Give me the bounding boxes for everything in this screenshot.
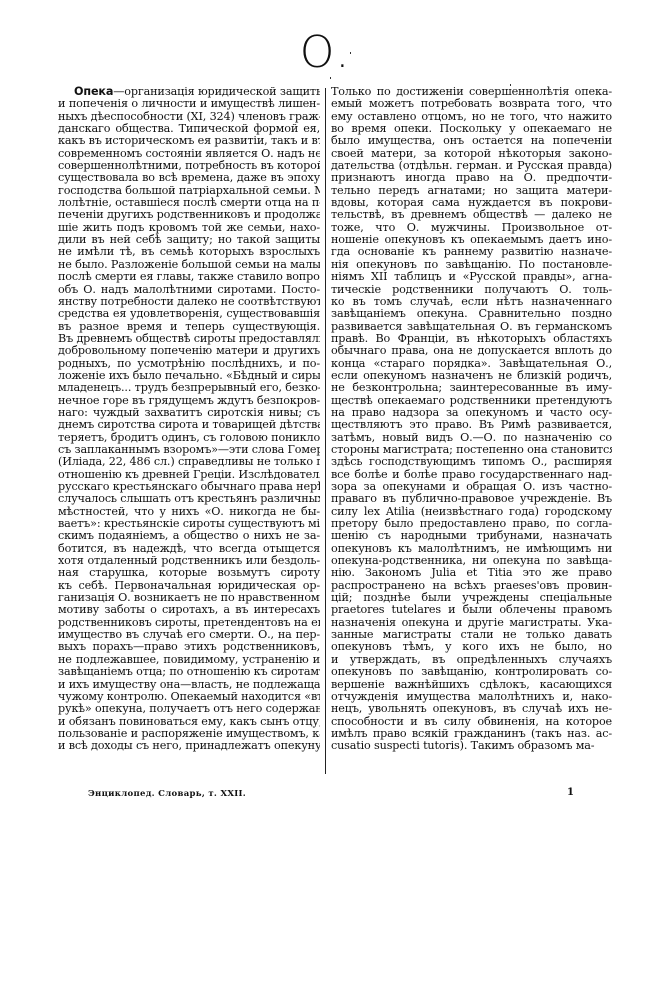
text-line: опекуновъ по завѣщанію, контролировать с…: [331, 666, 612, 678]
text-line: занные магистраты стали не только давать: [331, 629, 612, 641]
text-line: нія опекуновъ по завѣщанію. По постановл…: [331, 259, 612, 271]
text-line: нію. Закономъ Julia et Titia это же прав…: [331, 567, 612, 579]
text-line: пользованіе и распоряженіе имуществомъ, …: [58, 728, 320, 740]
text-line: опекуна-родственника, ни опекуна по завѣ…: [331, 555, 612, 567]
text-line: хотя отдаленный родственникъ или бездоль…: [58, 555, 320, 567]
text-line: дили въ ней себѣ защиту; но такой защиты: [58, 234, 320, 246]
text-line: ботится, въ надеждѣ, что всегда отыщется: [58, 543, 320, 555]
text-line: нецъ, увольнять опекуновъ, въ случаѣ ихъ…: [331, 703, 612, 715]
scan-speck: [330, 77, 331, 79]
text-line: тельно передъ агнатами; но защита матери…: [331, 185, 612, 197]
text-line: отношенію къ древней Греціи. Изслѣдовате…: [58, 469, 320, 481]
text-line: русскаго крестьянскаго обычнаго права не…: [58, 481, 320, 493]
text-line: ществляютъ это право. Въ Римѣ развиваетс…: [331, 419, 612, 431]
text-line: цій; позднѣе были учреждены спеціальные: [331, 592, 612, 604]
text-line: praetores tutelares и были облечены прав…: [331, 604, 612, 616]
text-line: наго: чуждый захватитъ сиротскія нивы; с…: [58, 407, 320, 419]
text-line: ему оставлено отцомъ, но не того, что на…: [331, 111, 612, 123]
text-line: имущество въ случаѣ его смерти. О., на п…: [58, 629, 320, 641]
text-line: и утверждать, въ опредѣленныхъ случаяхъ: [331, 654, 612, 666]
text-line: выхъ порахъ—право этихъ родственниковъ,: [58, 641, 320, 653]
text-line: завѣщаніемъ отца; по отношенію къ сирота…: [58, 666, 320, 678]
text-line: конца «стараго порядка». Завѣщательная О…: [331, 358, 612, 370]
text-line: днемъ сиротства сирота и товарищей дѣтст…: [58, 419, 320, 431]
text-line: тоже, что О. мужчины. Произвольное от-: [331, 222, 612, 234]
text-line: средства ея удовлетворенія, существовавш…: [58, 308, 320, 320]
text-line: и попеченія о личности и имуществѣ лишен…: [58, 98, 320, 110]
text-line: современномъ состояніи является О. надъ …: [58, 148, 320, 160]
text-line: во время опеки. Поскольку у опекаемаго н…: [331, 123, 612, 135]
text-line: Въ древнемъ обществѣ сироты предоставлял…: [58, 333, 320, 345]
text-line: существовала во всѣ времена, даже въ эпо…: [58, 172, 320, 184]
text-line: съ заплаканнымъ взоромъ»—эти слова Гомер…: [58, 444, 320, 456]
text-line: печеніи другихъ родственниковъ и продолж…: [58, 209, 320, 221]
text-line: вершеніе важнѣйшихъ сдѣлокъ, касающихся: [331, 679, 612, 691]
text-line: дательства (отдѣльн. герман. и Русская п…: [331, 160, 612, 172]
text-line: шенію съ народными трибунами, назначать: [331, 530, 612, 542]
text-line: ная старушка, которые возьмутъ сироту: [58, 567, 320, 579]
text-line: стороны магистрата; постепенно она стано…: [331, 444, 612, 456]
text-line: зора за опекунами и обращая О. изъ частн…: [331, 481, 612, 493]
text-line: не подлежавшее, повидимому, устраненію и: [58, 654, 320, 666]
text-fragment: —организація юридической защиты: [113, 86, 320, 98]
text-line: все болѣе и болѣе право государственнаго…: [331, 469, 612, 481]
text-line: не имѣли тѣ, въ семьѣ которыхъ взрослыхъ: [58, 246, 320, 258]
text-line: случалось слышать отъ крестьянъ различны…: [58, 493, 320, 505]
text-line: тельствѣ, въ древнемъ обществѣ — далеко …: [331, 209, 612, 221]
text-line: въ разное время и теперь существующія.: [58, 321, 320, 333]
text-line: опекуновъ къ малолѣтнимъ, не имѣющимъ ни: [331, 543, 612, 555]
text-line: къ себѣ. Первоначальная юридическая ор-: [58, 580, 320, 592]
text-line: тическіе родственники получаютъ О. толь-: [331, 284, 612, 296]
scan-speck: [510, 84, 511, 86]
text-line: (Иліада, 22, 486 сл.) справедливы не тол…: [58, 456, 320, 468]
text-line: имѣлъ право всякій гражданинъ (такъ наз.…: [331, 728, 612, 740]
text-line: совершеннолѣтними, потребность въ которо…: [58, 160, 320, 172]
text-line: не безконтрольна; заинтересованные въ им…: [331, 382, 612, 394]
text-line: силу lex Atilia (неизвѣстнаго года) горо…: [331, 506, 612, 518]
text-line: если опекуномъ назначенъ не близкій роди…: [331, 370, 612, 382]
text-line: младенецъ... трудъ безпрерывный его, без…: [58, 382, 320, 394]
scan-speck: [350, 52, 351, 54]
text-line: назначенія опекуна и другіе магистраты. …: [331, 617, 612, 629]
section-letter-heading: О.: [0, 28, 650, 78]
text-line: развивается завѣщательная О. въ германск…: [331, 321, 612, 333]
left-column: Опека—организація юридической защиты и п…: [58, 86, 320, 753]
text-line: объ О. надъ малолѣтними сиротами. Посто-: [58, 284, 320, 296]
text-line: здѣсь господствующимъ типомъ О., расширя…: [331, 456, 612, 468]
text-line: ніямъ XII таблицъ и «Русской правды», аг…: [331, 271, 612, 283]
text-line: признаютъ иногда право на О. предпочти-: [331, 172, 612, 184]
text-line: ганизація О. возникаетъ не по нравственн…: [58, 592, 320, 604]
text-line: лолѣтніе, оставшіеся послѣ смерти отца н…: [58, 197, 320, 209]
text-line: опекуновъ тѣмъ, у кого ихъ не было, но: [331, 641, 612, 653]
text-line: послѣ смерти ея главы, также ставило воп…: [58, 271, 320, 283]
text-line: ныхъ дѣеспособности (XI, 324) членовъ гр…: [58, 111, 320, 123]
footer-signature: Энциклопед. Словарь, т. XXII.: [88, 789, 246, 799]
text-line: cusatio suspecti tutoris). Такимъ образо…: [331, 740, 612, 752]
text-line: обычнаго права, она не допускается вплот…: [331, 345, 612, 357]
text-line: шіе жить подъ кровомъ той же семьи, нахо…: [58, 222, 320, 234]
text-line: отчужденія имущества малолѣтнихъ и, нако…: [331, 691, 612, 703]
text-line: своей матери, за которой нѣкоторыя закон…: [331, 148, 612, 160]
text-line: янству потребности далеко не соотвѣтству…: [58, 296, 320, 308]
text-line: Опека—организація юридической защиты: [58, 86, 320, 98]
text-line: добровольному попеченію матери и другихъ: [58, 345, 320, 357]
text-line: распространено на всѣхъ praeses'овъ пров…: [331, 580, 612, 592]
text-line: на право надзора за опекуномъ и часто ос…: [331, 407, 612, 419]
right-column: Только по достиженіи совершеннолѣтія опе…: [331, 86, 612, 753]
text-line: способности и въ силу обвиненія, на кото…: [331, 716, 612, 728]
text-line: ко въ томъ случаѣ, если нѣтъ назначеннаг…: [331, 296, 612, 308]
text-line: ваетъ»: крестьянскіе сироты существуютъ …: [58, 518, 320, 530]
text-line: гда основаніе къ раннему развитію назнач…: [331, 246, 612, 258]
text-line: емый можетъ потребовать возврата того, ч…: [331, 98, 612, 110]
column-divider: [325, 88, 326, 774]
text-line: родственниковъ сироты, претендентовъ на …: [58, 617, 320, 629]
text-line: вдовы, которая сама нуждается въ покрови…: [331, 197, 612, 209]
text-line: правѣ. Во Франціи, въ нѣкоторыхъ областя…: [331, 333, 612, 345]
page-number: 1: [567, 787, 574, 798]
text-line: чужому контролю. Опекаемый находится «въ: [58, 691, 320, 703]
text-line: какъ въ историческомъ ея развитіи, такъ …: [58, 135, 320, 147]
text-line: и обязанъ повиноваться ему, какъ сынъ от…: [58, 716, 320, 728]
text-line: господства большой патріархальной семьи.…: [58, 185, 320, 197]
text-line: ложеніе ихъ было печально. «Бѣдный и сир…: [58, 370, 320, 382]
text-line: мѣстностей, что у нихъ «О. никогда не бы…: [58, 506, 320, 518]
text-line: родныхъ, по усмотрѣнію послѣднихъ, и по-: [58, 358, 320, 370]
text-line: скимъ подаяніемъ, а общество о нихъ не з…: [58, 530, 320, 542]
text-line: нечное горе въ грядущемъ ждутъ безпокров…: [58, 395, 320, 407]
text-line: теряетъ, бродитъ одинъ, съ головою поник…: [58, 432, 320, 444]
text-line: и ихъ имуществу она—власть, не подлежаща…: [58, 679, 320, 691]
text-line: праваго въ публично-правовое учрежденіе.…: [331, 493, 612, 505]
text-line: было имущества, онъ остается на попечені…: [331, 135, 612, 147]
text-line: не было. Разложеніе большой семьи на мал…: [58, 259, 320, 271]
text-line: завѣщаніемъ опекуна. Сравнительно поздно: [331, 308, 612, 320]
text-line: претору было предоставлено право, по сог…: [331, 518, 612, 530]
article-headword: Опека: [74, 86, 113, 98]
text-line: Только по достиженіи совершеннолѣтія опе…: [331, 86, 612, 98]
text-line: мотиву заботы о сиротахъ, а въ интересах…: [58, 604, 320, 616]
text-line: ществѣ опекаемаго родственники претендую…: [331, 395, 612, 407]
text-line: ношеніе опекуновъ къ опекаемымъ даетъ ин…: [331, 234, 612, 246]
text-line: затѣмъ, новый видъ О.—О. по назначенію с…: [331, 432, 612, 444]
text-line: рукѣ» опекуна, получаетъ отъ него содерж…: [58, 703, 320, 715]
text-line: данскаго общества. Типической формой ея,: [58, 123, 320, 135]
text-line: и всѣ доходы съ него, принадлежатъ опеку…: [58, 740, 320, 752]
